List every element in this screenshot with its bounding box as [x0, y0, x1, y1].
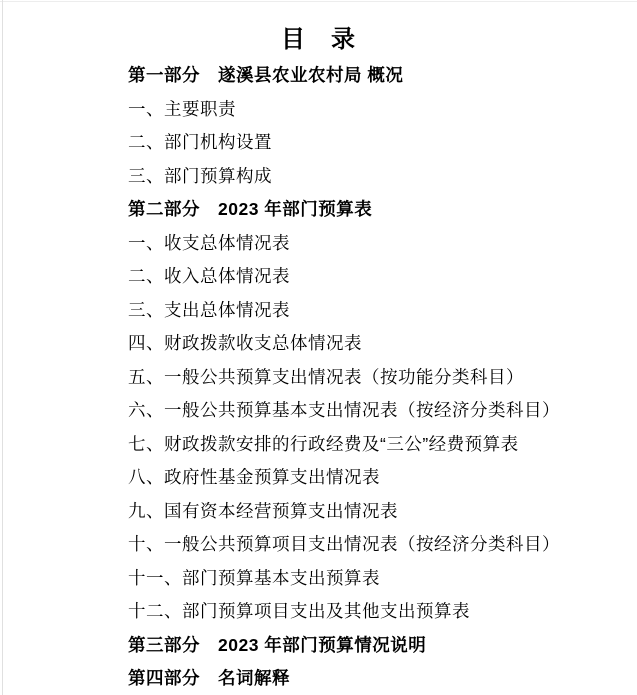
toc-item: 七、财政拨款安排的行政经费及“三公”经费预算表: [128, 428, 617, 462]
toc-part-heading: 第二部分 2023 年部门预算表: [128, 193, 617, 227]
toc-item: 二、部门机构设置: [128, 126, 617, 160]
toc-part-heading: 第三部分 2023 年部门预算情况说明: [128, 629, 617, 663]
toc-item: 十二、部门预算项目支出及其他支出预算表: [128, 595, 617, 629]
toc-item: 三、支出总体情况表: [128, 294, 617, 328]
page-title: 目 录: [0, 25, 637, 55]
toc-item: 四、财政拨款收支总体情况表: [128, 327, 617, 361]
toc-item: 八、政府性基金预算支出情况表: [128, 461, 617, 495]
toc-item: 三、部门预算构成: [128, 160, 617, 194]
toc-list: 第一部分 遂溪县农业农村局 概况 一、主要职责 二、部门机构设置 三、部门预算构…: [0, 59, 637, 695]
toc-part-heading: 第一部分 遂溪县农业农村局 概况: [128, 59, 617, 93]
toc-item: 九、国有资本经营预算支出情况表: [128, 495, 617, 529]
toc-item: 十、一般公共预算项目支出情况表（按经济分类科目）: [128, 528, 617, 562]
toc-item: 一、收支总体情况表: [128, 227, 617, 261]
toc-item: 二、收入总体情况表: [128, 260, 617, 294]
toc-item: 一、主要职责: [128, 93, 617, 127]
toc-item: 十一、部门预算基本支出预算表: [128, 562, 617, 596]
toc-item: 五、一般公共预算支出情况表（按功能分类科目）: [128, 361, 617, 395]
table-of-contents: 目 录 第一部分 遂溪县农业农村局 概况 一、主要职责 二、部门机构设置 三、部…: [0, 0, 637, 695]
toc-part-heading: 第四部分 名词解释: [128, 662, 617, 695]
toc-item: 六、一般公共预算基本支出情况表（按经济分类科目）: [128, 394, 617, 428]
document-page: 目 录 第一部分 遂溪县农业农村局 概况 一、主要职责 二、部门机构设置 三、部…: [0, 0, 637, 695]
